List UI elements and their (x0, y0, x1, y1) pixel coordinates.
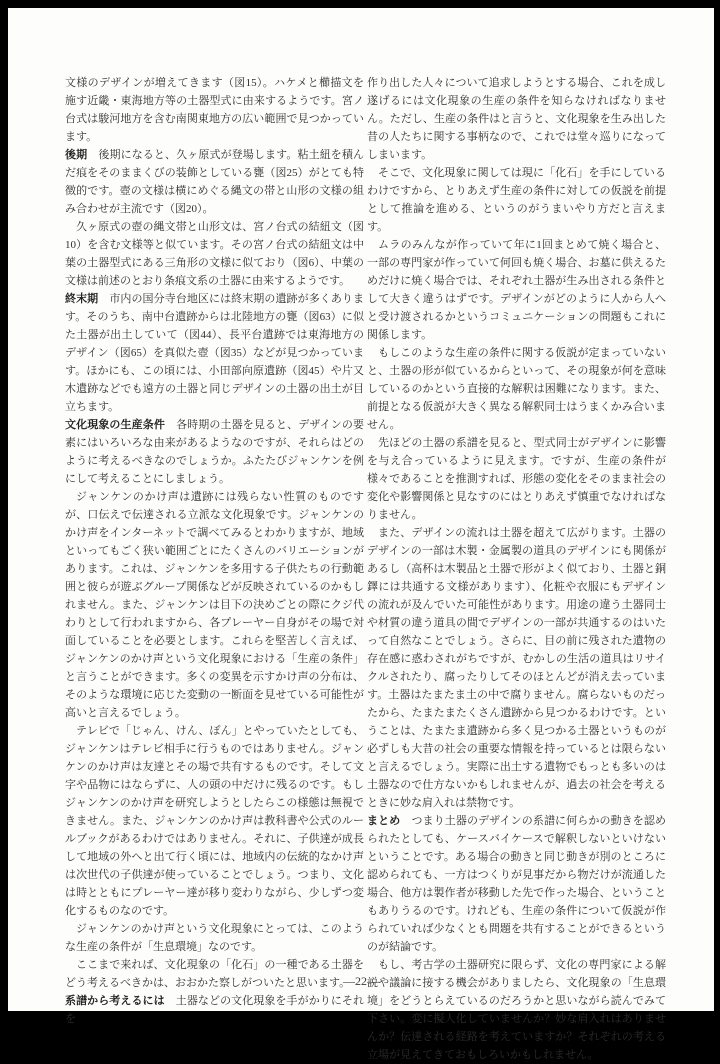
paragraph: ジャンケンのかけ声は遺跡には残らない性質のものですが、口伝えで伝達される立派な文… (65, 488, 364, 722)
paragraph: また、デザインの流れは土器を超えて広がります。土器のデザインの一部は木製・金属製… (367, 524, 666, 812)
paragraph: 作り出した人々について追求しようとする場合、これを成し遂げるには文化現象の生産の… (367, 74, 666, 164)
paragraph: まとめ つまり土器のデザインの系譜に何らかの動きを認められたとしても、ケースバイ… (367, 812, 666, 956)
paragraph: もしこのような生産の条件に関する仮説が定まっていないと、土器の形が似ているからと… (367, 344, 666, 434)
section-heading: 文化現象の生産条件 (65, 419, 165, 431)
text-column-right: 作り出した人々について追求しようとする場合、これを成し遂げるには文化現象の生産の… (367, 74, 666, 1020)
section-heading: まとめ (367, 815, 400, 827)
page-frame: 文様のデザインが増えてきます（図15）。ハケメと櫛描文を施す近畿・東海地方等の土… (0, 0, 720, 1020)
paragraph: 文化現象の生産条件 各時期の土器を見ると、デザインの要素にはいろいろな由来がある… (65, 416, 364, 488)
paragraph: 後期 後期になると、久ヶ原式が登場します。粘土紐を積んだ痕をそのままくびの装飾と… (65, 146, 364, 218)
section-heading: 系譜から考えるには (65, 995, 165, 1007)
paragraph: 先ほどの土器の系譜を見ると、型式同士がデザインに影響を与え合っているように見えま… (367, 434, 666, 524)
paragraph: 系譜から考えるには 土器などの文化現象を手がかりにそれを (65, 992, 364, 1020)
paragraph: 終末期 市内の国分寺台地区には終末期の遺跡が多くあります。そのうち、南中台遺跡か… (65, 290, 364, 416)
paragraph: 久ヶ原式の壺の縄文帯と山形文は、宮ノ台式の結紐文（図10）を含む文様等と似ていま… (65, 218, 364, 290)
text-column-left: 文様のデザインが増えてきます（図15）。ハケメと櫛描文を施す近畿・東海地方等の土… (65, 74, 364, 1020)
paragraph: そこで、文化現象に関しては現に「化石」を手にしているわけですから、とりあえず生産… (367, 164, 666, 236)
page-number: —22— (8, 974, 714, 989)
paragraph: ムラのみんなが作っていて年に1回まとめて焼く場合と、一部の専門家が作っていて何回… (367, 236, 666, 344)
paragraph: 文様のデザインが増えてきます（図15）。ハケメと櫛描文を施す近畿・東海地方等の土… (65, 74, 364, 146)
section-heading: 終末期 (65, 293, 98, 305)
paragraph: ジャンケンのかけ声という文化現象にとっては、このような生産の条件が「生息環境」な… (65, 920, 364, 956)
document-page: 文様のデザインが増えてきます（図15）。ハケメと櫛描文を施す近畿・東海地方等の土… (8, 8, 714, 1011)
paragraph: テレビで「じゃん、けん、ぽん」とやっていたとしても、ジャンケンはテレビ相手に行う… (65, 722, 364, 920)
section-heading: 後期 (65, 149, 87, 161)
